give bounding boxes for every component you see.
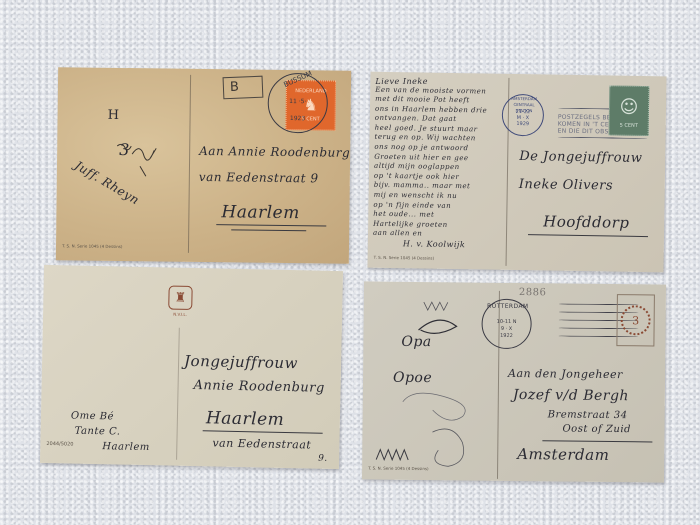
underline	[542, 440, 652, 442]
underline	[528, 234, 648, 237]
message-block: Lieve Ineke Een van de mooiste vormen me…	[373, 76, 511, 251]
octagon-figure-logo-icon: ♜	[168, 286, 192, 310]
card-divider	[188, 75, 191, 253]
postmark-amsterdam-cs: AMSTERDAM CENTRAAL STATION 21-22 M · X 1…	[502, 94, 545, 137]
green-stamp: ☺ 5 CENT	[609, 85, 650, 136]
queen-portrait-icon: ☺	[619, 93, 638, 123]
underline	[216, 224, 326, 226]
pencil-scribble	[112, 136, 168, 187]
postcard-bottom-right: 2886 ROTTERDAM 10-11 N 9 · X 1922 3 Opa …	[362, 281, 666, 482]
pencil-scribbles	[372, 292, 494, 473]
cancel-line	[558, 137, 648, 139]
underline	[203, 430, 323, 434]
crest-icon: 3	[620, 305, 650, 335]
postcard-bottom-left: ♜ N.V.I.L. Jongejuffrouw Annie Roodenbur…	[40, 265, 343, 469]
publisher-mark: ♜ N.V.I.L.	[167, 281, 194, 322]
postcard-top-left: B NEDERLAND ♞ 5 CENT BUSSUM 11 ·5· 1923 …	[56, 67, 351, 264]
box-cancel: B	[223, 76, 264, 100]
card-divider	[176, 328, 180, 460]
postcard-top-right: Lieve Ineke Een van de mooiste vormen me…	[367, 72, 666, 273]
printed-crest-stamp: 3	[616, 294, 655, 346]
underline	[231, 229, 306, 231]
